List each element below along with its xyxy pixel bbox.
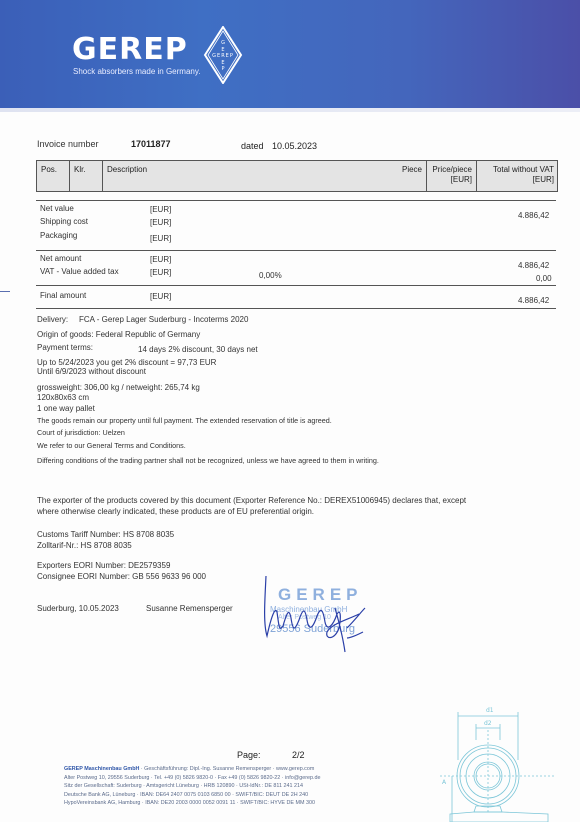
column-klr: Klr. xyxy=(70,161,103,191)
signatory-name: Susanne Remensperger xyxy=(146,604,233,613)
margin-fold-mark xyxy=(0,291,10,292)
dimensions-info: 120x80x63 cm xyxy=(37,393,89,402)
totals-divider xyxy=(36,285,556,286)
invoice-dated-label: dated xyxy=(241,141,264,151)
net-value-label: Net value xyxy=(40,204,74,213)
brand-tagline: Shock absorbers made in Germany. xyxy=(73,67,200,76)
drawing-label-a: A xyxy=(442,779,447,786)
page-number: 2/2 xyxy=(292,750,305,760)
column-total-without-vat: Total without VAT [EUR] xyxy=(477,161,558,191)
delivery-value: FCA - Gerep Lager Suderburg - Incoterms … xyxy=(79,315,248,324)
net-amount-label: Net amount xyxy=(40,254,81,263)
discount-line-2: Until 6/9/2023 without discount xyxy=(37,367,146,376)
origin-declaration-line-1: The exporter of the products covered by … xyxy=(37,496,466,505)
general-terms-reference: We refer to our General Terms and Condit… xyxy=(37,441,186,450)
svg-text:G: G xyxy=(221,40,225,46)
final-amount-value: 4.886,42 xyxy=(518,296,549,305)
footer-company-name: GEREP Maschinenbau GmbH xyxy=(64,766,139,772)
footer-line-5: HypoVereinsbank AG, Hamburg · IBAN: DE20… xyxy=(64,799,321,808)
column-total-label: Total without VAT xyxy=(481,165,554,175)
differing-conditions: Differing conditions of the trading part… xyxy=(37,456,379,465)
column-pos: Pos. xyxy=(37,161,70,191)
gerep-emblem-icon: G E GEREP E P xyxy=(203,26,243,84)
column-description: Description xyxy=(103,161,427,191)
consignee-eori: Consignee EORI Number: GB 556 9633 96 00… xyxy=(37,572,206,581)
column-price-piece: Price/piece [EUR] xyxy=(427,161,477,191)
signature-place-date: Suderburg, 10.05.2023 xyxy=(37,604,119,613)
vat-unit: [EUR] xyxy=(150,268,171,277)
zolltarif-number: Zolltarif-Nr.: HS 8708 8035 xyxy=(37,541,132,550)
vat-amount: 0,00 xyxy=(536,274,552,283)
column-price-piece-unit: [EUR] xyxy=(431,175,472,185)
shipping-cost-label: Shipping cost xyxy=(40,217,88,226)
delivery-label: Delivery: xyxy=(37,315,68,324)
totals-divider xyxy=(36,250,556,251)
weight-info: grossweight: 306,00 kg / netweight: 265,… xyxy=(37,383,200,392)
pallet-info: 1 one way pallet xyxy=(37,404,95,413)
drawing-label-d2: d2 xyxy=(484,720,492,727)
net-amount-unit: [EUR] xyxy=(150,255,171,264)
totals-divider xyxy=(36,308,556,309)
footer-line-3: Sitz der Gesellschaft: Suderburg · Amtsg… xyxy=(64,782,321,791)
invoice-number: 17011877 xyxy=(131,139,171,149)
drawing-label-d1: d1 xyxy=(486,707,494,714)
line-items-table-header: Pos. Klr. Description Piece Price/piece … xyxy=(36,160,558,192)
net-value-unit: [EUR] xyxy=(150,205,171,214)
handwritten-signature-icon xyxy=(255,568,405,658)
footer-management: · Geschäftsführung: Dipl.-Ing. Susanne R… xyxy=(139,766,314,772)
footer-line-4: Deutsche Bank AG, Lüneburg · IBAN: DE64 … xyxy=(64,791,321,800)
vat-label: VAT - Value added tax xyxy=(40,267,119,276)
final-amount-unit: [EUR] xyxy=(150,292,171,301)
totals-divider xyxy=(36,200,556,201)
net-amount-value: 4.886,42 xyxy=(518,261,549,270)
invoice-date: 10.05.2023 xyxy=(272,141,317,151)
column-total-unit: [EUR] xyxy=(481,175,554,185)
discount-line-1: Up to 5/24/2023 you get 2% discount = 97… xyxy=(37,358,216,367)
shock-absorber-drawing-icon: d1 d2 A xyxy=(440,700,580,822)
final-amount-label: Final amount xyxy=(40,291,86,300)
packaging-unit: [EUR] xyxy=(150,234,171,243)
company-footer: GEREP Maschinenbau GmbH · Geschäftsführu… xyxy=(64,765,321,808)
svg-text:GEREP: GEREP xyxy=(212,53,234,59)
shipping-cost-unit: [EUR] xyxy=(150,218,171,227)
exporter-eori: Exporters EORI Number: DE2579359 xyxy=(37,561,170,570)
svg-text:P: P xyxy=(221,66,224,72)
reservation-of-title: The goods remain our property until full… xyxy=(37,416,332,425)
column-piece: Piece xyxy=(385,161,427,191)
packaging-label: Packaging xyxy=(40,231,77,240)
page-label: Page: xyxy=(237,750,261,760)
header-banner-edge xyxy=(0,108,580,112)
column-price-piece-label: Price/piece xyxy=(431,165,472,175)
payment-terms-value: 14 days 2% discount, 30 days net xyxy=(138,345,258,354)
footer-line-2: Alter Postweg 10, 29556 Suderburg · Tel.… xyxy=(64,774,321,783)
payment-terms-label: Payment terms: xyxy=(37,343,93,352)
court-of-jurisdiction: Court of jurisdiction: Uelzen xyxy=(37,428,125,437)
origin-declaration-line-2: where otherwise clearly indicated, these… xyxy=(37,507,314,516)
footer-line-1: GEREP Maschinenbau GmbH · Geschäftsführu… xyxy=(64,765,321,774)
invoice-number-label: Invoice number xyxy=(37,139,99,149)
net-value-amount: 4.886,42 xyxy=(518,211,549,220)
customs-tariff-number: Customs Tariff Number: HS 8708 8035 xyxy=(37,530,174,539)
origin-of-goods: Origin of goods: Federal Republic of Ger… xyxy=(37,330,200,339)
brand-logo-text: GEREP xyxy=(72,32,188,67)
vat-rate: 0,00% xyxy=(259,271,282,280)
